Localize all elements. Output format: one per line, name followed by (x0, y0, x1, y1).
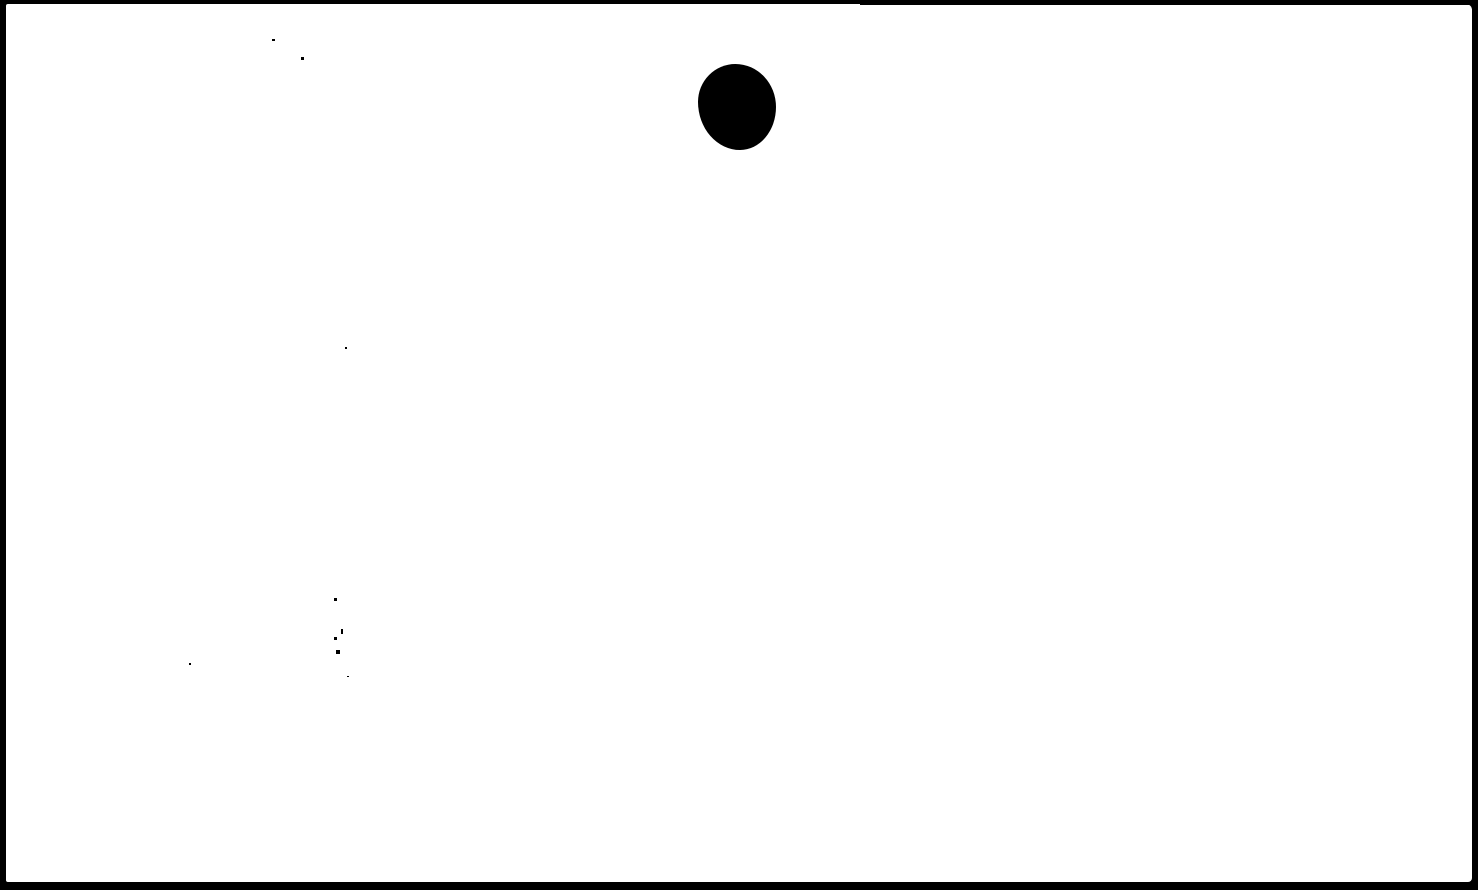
noise-speck (345, 347, 347, 349)
noise-speck (272, 39, 275, 41)
noise-speck (347, 676, 349, 677)
noise-speck (336, 650, 340, 654)
noise-speck (334, 598, 337, 601)
noise-speck (189, 663, 191, 665)
noise-speck (301, 57, 304, 60)
noise-speck (334, 637, 337, 640)
card-edge-top (860, 0, 1478, 5)
noise-speck (341, 629, 343, 634)
scan-background (0, 0, 1478, 890)
card-edge-right (1472, 0, 1478, 890)
